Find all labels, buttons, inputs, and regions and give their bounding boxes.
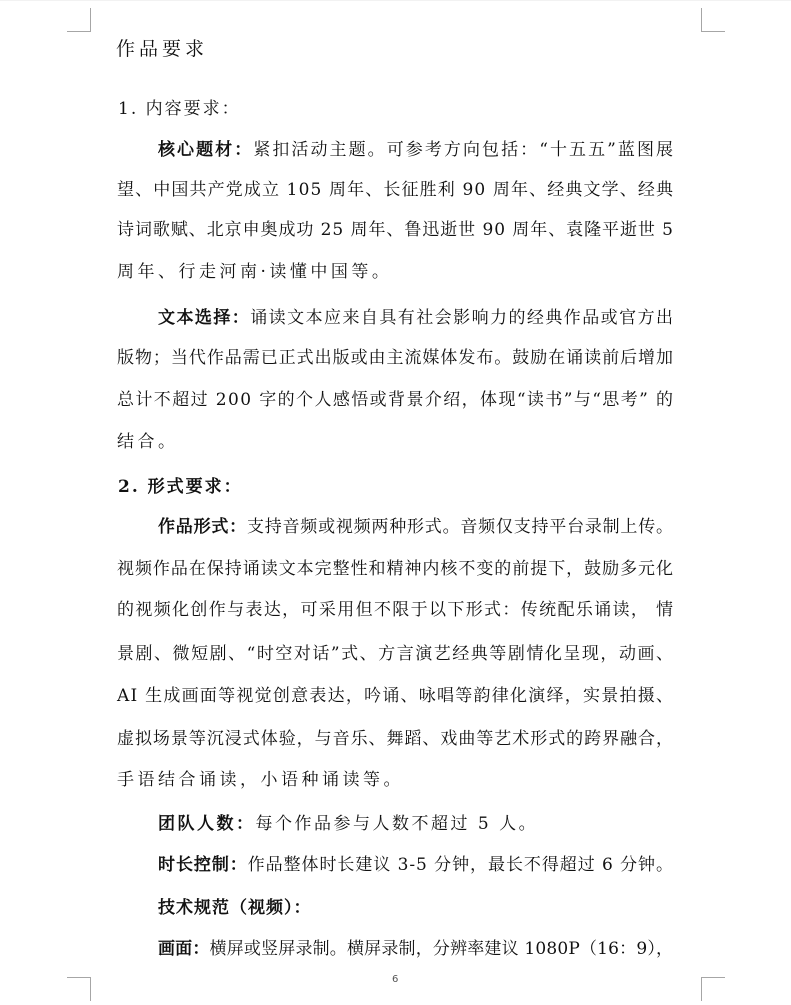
paragraph-text: 总计不超过 200 字的个人感悟或背景介绍，体现“读书”与“思考” 的 xyxy=(117,388,674,412)
paragraph-label: 时长控制： xyxy=(158,855,248,875)
crop-mark-top-right xyxy=(701,8,725,32)
paragraph-text: 景剧、微短剧、“时空对话”式、方言演艺经典等剧情化呈现，动画、 xyxy=(117,642,675,666)
paragraph-line: 诗词歌赋、北京申奥成功 25 周年、鲁迅逝世 90 周年、袁隆平逝世 5 xyxy=(117,218,673,242)
page-title: 作品要求 xyxy=(116,37,208,61)
paragraph-line: 版物；当代作品需已正式出版或由主流媒体发布。鼓励在诵读前后增加 xyxy=(117,346,673,370)
paragraph-text: 版物；当代作品需已正式出版或由主流媒体发布。鼓励在诵读前后增加 xyxy=(117,346,674,370)
page-top-border xyxy=(0,0,791,1)
paragraph-label: 核心题材： xyxy=(158,140,253,160)
paragraph-text: 支持音频或视频两种形式。音频仅支持平台录制上传。 xyxy=(247,517,674,537)
paragraph-label: 画面： xyxy=(158,939,210,959)
paragraph-line: 总计不超过 200 字的个人感悟或背景介绍，体现“读书”与“思考” 的 xyxy=(117,388,673,412)
paragraph-text: 诵读文本应来自具有社会影响力的经典作品或官方出 xyxy=(250,308,674,328)
paragraph-line: 景剧、微短剧、“时空对话”式、方言演艺经典等剧情化呈现，动画、 xyxy=(117,642,673,666)
paragraph-text: 紧扣活动主题。可参考方向包括：“十五五”蓝图展 xyxy=(253,140,675,160)
crop-mark-bottom-left xyxy=(67,977,91,1001)
paragraph-line: 的视频化创作与表达，可采用但不限于以下形式：传统配乐诵读， 情 xyxy=(117,598,673,622)
paragraph-line: 视频作品在保持诵读文本完整性和精神内核不变的前提下，鼓励多元化 xyxy=(117,557,673,581)
paragraph-text: 手语结合诵读，小语种诵读等。 xyxy=(117,768,404,792)
crop-mark-bottom-right xyxy=(701,977,725,1001)
paragraph-text: 作品整体时长建议 3-5 分钟，最长不得超过 6 分钟。 xyxy=(248,855,674,875)
paragraph-line: 作品形式：支持音频或视频两种形式。音频仅支持平台录制上传。 xyxy=(158,515,673,539)
paragraph-text: AI 生成画面等视觉创意表达，吟诵、咏唱等韵律化演绎，实景拍摄、 xyxy=(117,684,674,708)
section-heading-form: 2. 形式要求： xyxy=(118,475,243,499)
crop-mark-top-left xyxy=(67,8,91,32)
paragraph-line: 手语结合诵读，小语种诵读等。 xyxy=(117,768,673,792)
paragraph-text: 视频作品在保持诵读文本完整性和精神内核不变的前提下，鼓励多元化 xyxy=(117,557,674,581)
paragraph-line: 虚拟场景等沉浸式体验，与音乐、舞蹈、戏曲等艺术形式的跨界融合， xyxy=(117,727,673,751)
paragraph-text: 虚拟场景等沉浸式体验，与音乐、舞蹈、戏曲等艺术形式的跨界融合， xyxy=(117,727,674,751)
paragraph-text: 每个作品参与人数不超过 5 人。 xyxy=(256,812,539,836)
paragraph-line: 望、中国共产党成立 105 周年、长征胜利 90 周年、经典文学、经典 xyxy=(117,178,673,202)
paragraph-line: 技术规范（视频）： xyxy=(158,896,673,920)
paragraph-line: 文本选择：诵读文本应来自具有社会影响力的经典作品或官方出 xyxy=(158,306,673,330)
paragraph-label: 技术规范（视频）： xyxy=(158,896,312,920)
paragraph-label: 作品形式： xyxy=(158,517,247,537)
paragraph-text: 的视频化创作与表达，可采用但不限于以下形式：传统配乐诵读， 情 xyxy=(117,598,674,622)
document-page: 作品要求 1. 内容要求： 核心题材：紧扣活动主题。可参考方向包括：“十五五”蓝… xyxy=(0,0,791,1005)
section-heading-content: 1. 内容要求： xyxy=(118,97,241,121)
paragraph-line: AI 生成画面等视觉创意表达，吟诵、咏唱等韵律化演绎，实景拍摄、 xyxy=(117,684,673,708)
paragraph-label: 团队人数： xyxy=(158,812,256,836)
paragraph-text: 横屏或竖屏录制。横屏录制，分辨率建议 1080P（16：9）， xyxy=(210,939,674,959)
paragraph-line: 周年、行走河南·读懂中国等。 xyxy=(117,260,673,284)
paragraph-line: 结合。 xyxy=(117,430,673,454)
paragraph-line: 核心题材：紧扣活动主题。可参考方向包括：“十五五”蓝图展 xyxy=(158,138,673,162)
paragraph-line: 团队人数：每个作品参与人数不超过 5 人。 xyxy=(158,812,673,836)
paragraph-line: 时长控制：作品整体时长建议 3-5 分钟，最长不得超过 6 分钟。 xyxy=(158,853,673,877)
paragraph-label: 文本选择： xyxy=(158,308,250,328)
paragraph-text: 诗词歌赋、北京申奥成功 25 周年、鲁迅逝世 90 周年、袁隆平逝世 5 xyxy=(117,218,674,242)
paragraph-text: 周年、行走河南·读懂中国等。 xyxy=(117,260,392,284)
paragraph-text: 望、中国共产党成立 105 周年、长征胜利 90 周年、经典文学、经典 xyxy=(117,178,674,202)
paragraph-text: 结合。 xyxy=(117,430,179,454)
page-number: 6 xyxy=(392,974,398,985)
paragraph-line: 画面：横屏或竖屏录制。横屏录制，分辨率建议 1080P（16：9）， xyxy=(158,937,673,961)
